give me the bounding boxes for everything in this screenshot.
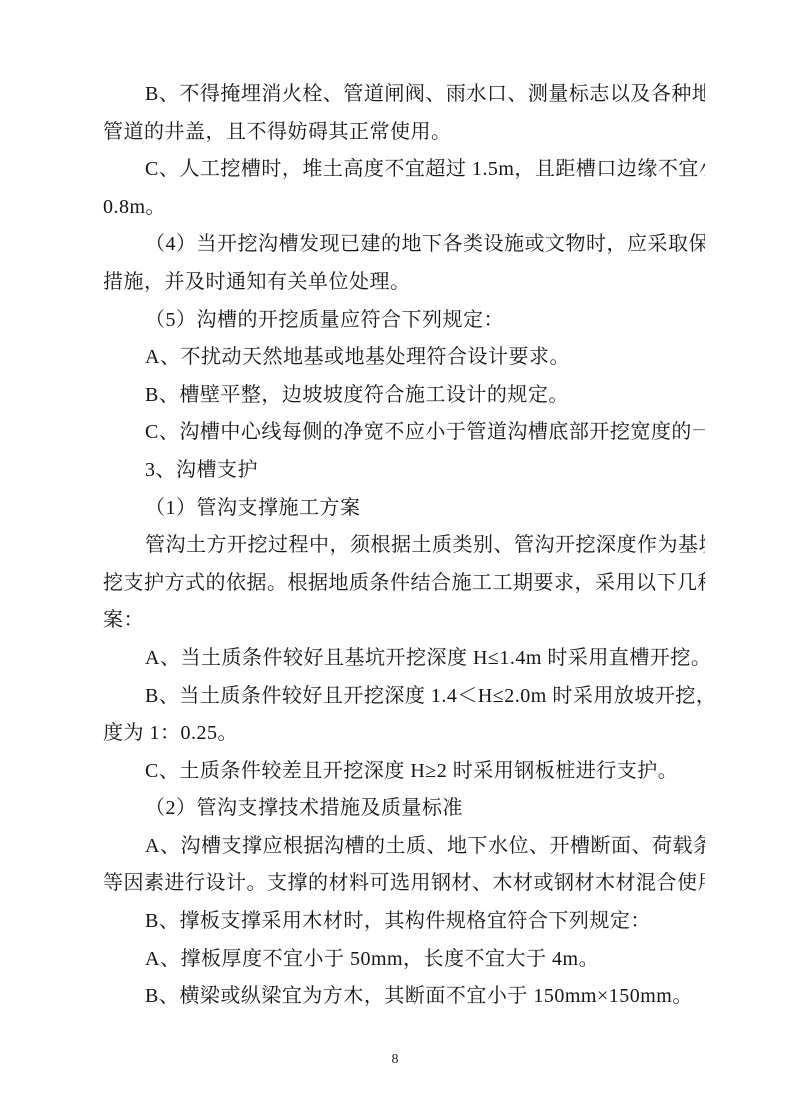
text-line: B、横梁或纵梁宜为方木，其断面不宜小于 150mm×150mm。: [103, 978, 705, 1016]
text-line: （5）沟槽的开挖质量应符合下列规定：: [103, 302, 705, 340]
text-line: A、当土质条件较好且基坑开挖深度 H≤1.4m 时采用直槽开挖。: [103, 640, 705, 678]
text-line: B、槽壁平整，边坡坡度符合施工设计的规定。: [103, 377, 705, 415]
text-line: 挖支护方式的依据。根据地质条件结合施工工期要求，采用以下几种方: [103, 565, 705, 603]
text-line: A、不扰动天然地基或地基处理符合设计要求。: [103, 339, 705, 377]
text-line: A、沟槽支撑应根据沟槽的土质、地下水位、开槽断面、荷载条件: [103, 828, 705, 866]
text-line: C、人工挖槽时，堆土高度不宜超过 1.5m，且距槽口边缘不宜小于: [103, 151, 705, 189]
text-line: B、不得掩埋消火栓、管道闸阀、雨水口、测量标志以及各种地下: [103, 76, 705, 114]
text-line: C、沟槽中心线每侧的净宽不应小于管道沟槽底部开挖宽度的一半。: [103, 414, 705, 452]
text-line: （4）当开挖沟槽发现已建的地下各类设施或文物时，应采取保护: [103, 226, 705, 264]
text-line: B、当土质条件较好且开挖深度 1.4＜H≤2.0m 时采用放坡开挖，坡: [103, 678, 705, 716]
text-line: 0.8m。: [103, 189, 705, 227]
text-line: 等因素进行设计。支撑的材料可选用钢材、木材或钢材木材混合使用。: [103, 865, 705, 903]
text-line: （2）管沟支撑技术措施及质量标准: [103, 790, 705, 828]
text-line: 度为 1：0.25。: [103, 715, 705, 753]
text-line: 案：: [103, 602, 705, 640]
text-line: 管沟土方开挖过程中，须根据土质类别、管沟开挖深度作为基坑开: [103, 527, 705, 565]
text-line: 3、沟槽支护: [103, 452, 705, 490]
text-line: 措施，并及时通知有关单位处理。: [103, 264, 705, 302]
document-body: B、不得掩埋消火栓、管道闸阀、雨水口、测量标志以及各种地下管道的井盖，且不得妨碍…: [103, 76, 705, 1016]
text-line: 管道的井盖，且不得妨碍其正常使用。: [103, 114, 705, 152]
text-line: B、撑板支撑采用木材时，其构件规格宜符合下列规定：: [103, 903, 705, 941]
text-line: C、土质条件较差且开挖深度 H≥2 时采用钢板桩进行支护。: [103, 753, 705, 791]
page-number: 8: [0, 1052, 790, 1068]
text-line: （1）管沟支撑施工方案: [103, 490, 705, 528]
text-line: A、撑板厚度不宜小于 50mm，长度不宜大于 4m。: [103, 941, 705, 979]
document-page: B、不得掩埋消火栓、管道闸阀、雨水口、测量标志以及各种地下管道的井盖，且不得妨碍…: [0, 0, 790, 1118]
